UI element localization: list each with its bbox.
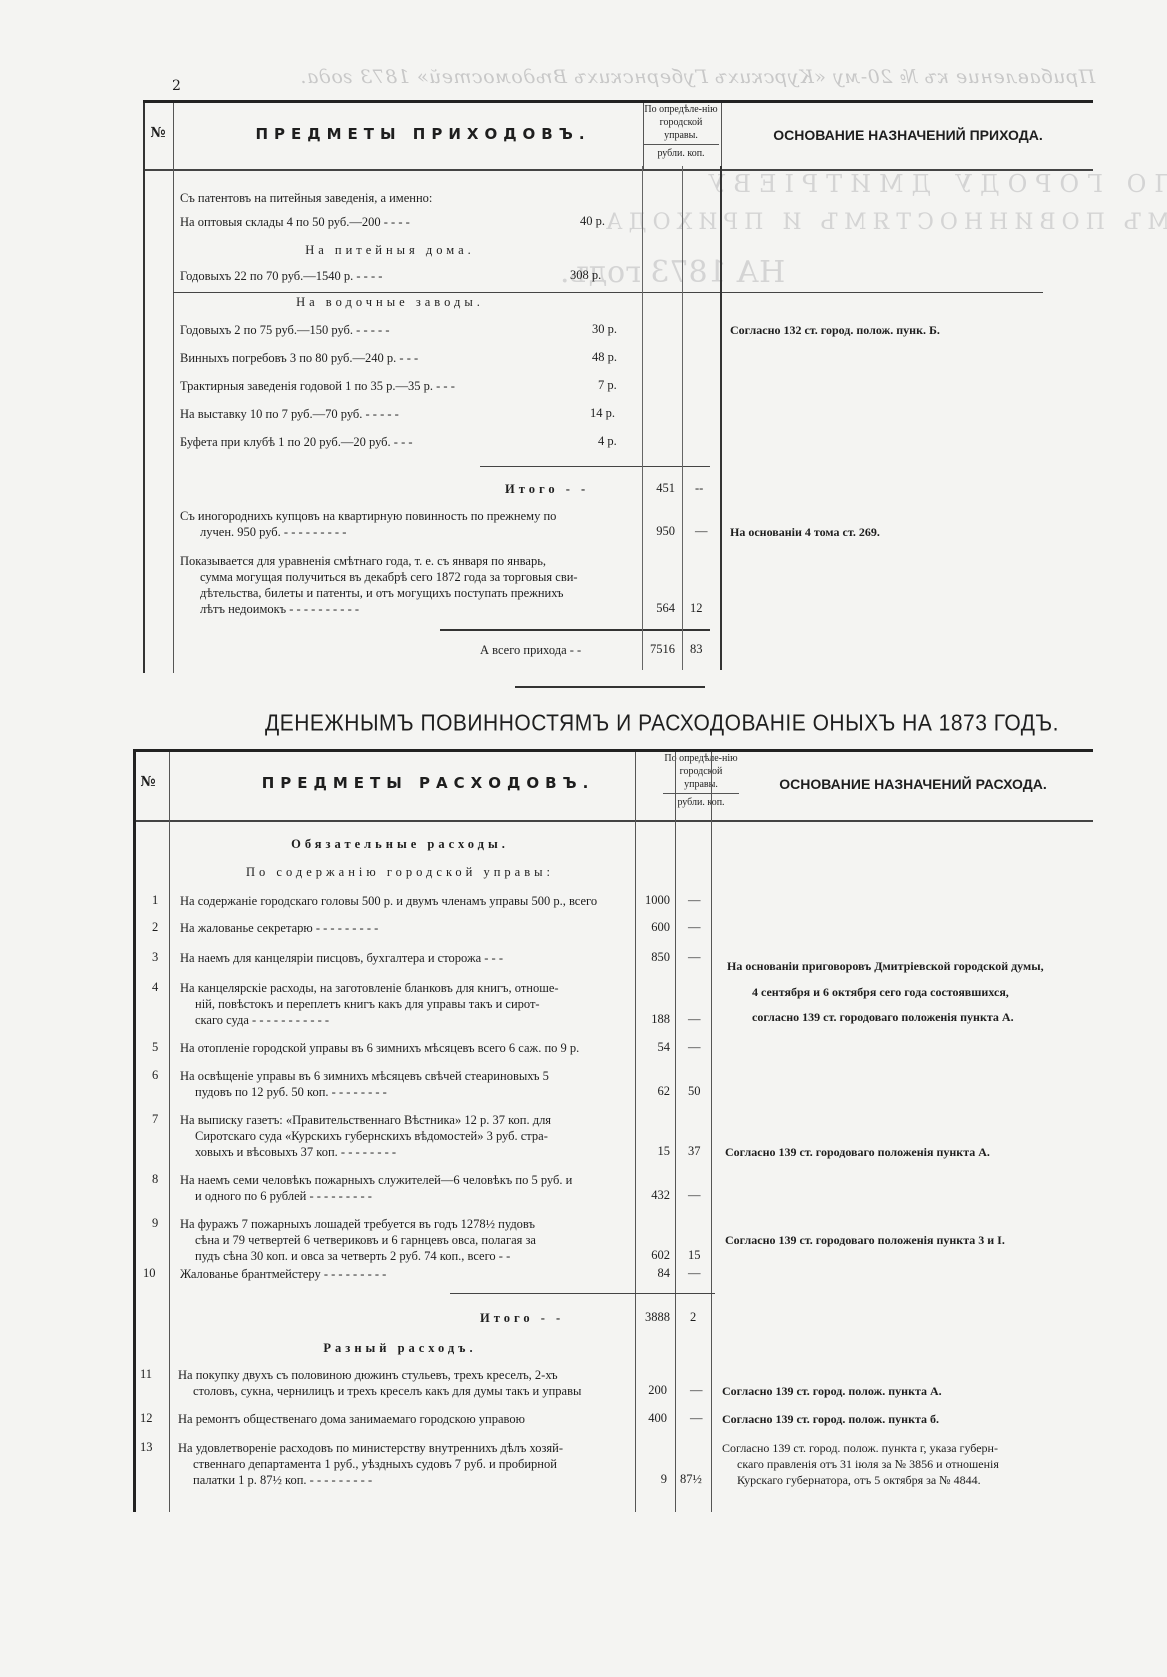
running-head: Прибавление къ № 20-му «Курскихъ Губернс… bbox=[300, 66, 1095, 88]
item-kop: — bbox=[688, 1040, 701, 1055]
item-text: палатки 1 р. 87½ коп. - - - - - - - - - bbox=[193, 1472, 372, 1489]
item-kop: 37 bbox=[688, 1144, 701, 1159]
item-text: На содержаніе городскаго головы 500 р. и… bbox=[180, 893, 597, 910]
item-text: ховыхъ и вѣсовыхъ 37 коп. - - - - - - - … bbox=[195, 1144, 396, 1161]
item-number: 4 bbox=[152, 980, 158, 995]
item-kop: — bbox=[688, 1266, 701, 1281]
basis-item-7: Согласно 139 ст. городоваго положенія пу… bbox=[725, 1144, 990, 1161]
item-kop: — bbox=[688, 1188, 701, 1203]
income-intro: Съ патентовъ на питейныя заведенія, а им… bbox=[180, 190, 432, 207]
balance-kop: 12 bbox=[690, 601, 703, 616]
column-divider bbox=[711, 752, 712, 1512]
item-text: и одного по 6 рублей - - - - - - - - - bbox=[195, 1188, 372, 1205]
item-text: сѣна и 79 четвертей 6 четвериковъ и 6 га… bbox=[195, 1232, 536, 1249]
item-text: На выписку газетъ: «Правительственнаго В… bbox=[180, 1112, 551, 1129]
page-number: 2 bbox=[172, 78, 181, 94]
table-border bbox=[133, 752, 136, 1512]
col-title-header: ПРЕДМЕТЫ ПРИХОДОВЪ. bbox=[173, 125, 673, 143]
item-rub: 600 bbox=[630, 920, 670, 935]
income-line-value: 7 р. bbox=[598, 378, 617, 393]
item-rub: 200 bbox=[625, 1383, 667, 1398]
kop-column-line bbox=[682, 166, 683, 670]
item-kop: — bbox=[688, 1012, 701, 1027]
basis-duma-line-2: 4 сентября и 6 октября сего года состояв… bbox=[752, 984, 1009, 1001]
rub-label: рубли. bbox=[677, 797, 704, 808]
basis-duma-line-1: На основаніи приговоровъ Дмитріевской го… bbox=[727, 958, 1044, 975]
kop-label: коп. bbox=[707, 797, 724, 808]
balance-line-1: Показывается для уравненія смѣтнаго года… bbox=[180, 553, 546, 570]
item-text: пудовъ по 12 руб. 50 коп. - - - - - - - … bbox=[195, 1084, 387, 1101]
item-number: 7 bbox=[152, 1112, 158, 1127]
item-kop: — bbox=[688, 893, 701, 908]
col-basis-header: ОСНОВАНИЕ НАЗНАЧЕНИЙ РАСХОДА. bbox=[733, 776, 1093, 792]
title-rule bbox=[515, 686, 705, 688]
item-kop: — bbox=[688, 920, 701, 935]
item-text: скаго суда - - - - - - - - - - - bbox=[195, 1012, 329, 1029]
item-text: На наемъ для канцеляріи писцовъ, бухгалт… bbox=[180, 950, 503, 967]
item-rub: 400 bbox=[625, 1411, 667, 1426]
divider bbox=[173, 292, 1043, 293]
heading-mandatory: Обязательные расходы. bbox=[170, 836, 630, 853]
kop-label: коп. bbox=[687, 148, 704, 159]
income-line: На выставку 10 по 7 руб.—70 руб. - - - -… bbox=[180, 406, 399, 423]
item-number: 1 bbox=[152, 893, 158, 908]
basis-item-13-line-2: скаго правленія отъ 31 іюля за № 3856 и … bbox=[737, 1456, 999, 1473]
income-subtotal-label: Итого - - bbox=[505, 481, 589, 498]
subtotal-rule bbox=[450, 1293, 715, 1294]
subtotal-rule bbox=[480, 466, 710, 467]
income-line: Винныхъ погребовъ 3 по 80 руб.—240 р. - … bbox=[180, 350, 418, 367]
item-kop: 15 bbox=[688, 1248, 701, 1263]
column-divider bbox=[675, 752, 676, 1512]
item-text: На удовлетвореніе расходовъ по министерс… bbox=[178, 1440, 563, 1457]
item-rub: 850 bbox=[630, 950, 670, 965]
item-rub: 9 bbox=[625, 1472, 667, 1487]
rub-label: рубли. bbox=[657, 148, 684, 159]
item-kop: 87½ bbox=[680, 1472, 702, 1487]
item-rub: 62 bbox=[630, 1084, 670, 1099]
amount-header-label: По опредѣле-нію городской управы. bbox=[643, 103, 719, 142]
item-kop: — bbox=[688, 950, 701, 965]
item-rub: 84 bbox=[630, 1266, 670, 1281]
basis-item-13-line-1: Согласно 139 ст. город. полож. пункта г,… bbox=[722, 1440, 998, 1457]
expense-table-header: № ПРЕДМЕТЫ РАСХОДОВЪ. По опредѣле-нію го… bbox=[133, 752, 1093, 822]
basis-duma-line-3: согласно 139 ст. городоваго положенія пу… bbox=[752, 1009, 1014, 1026]
expense-subtotal-rub: 3888 bbox=[630, 1310, 670, 1325]
income-total-label: А всего прихода - - bbox=[480, 642, 581, 659]
rub-column-line bbox=[642, 166, 643, 670]
income-subtotal-rub: 451 bbox=[630, 481, 675, 496]
item-kop: 50 bbox=[688, 1084, 701, 1099]
income-line: На оптовыя склады 4 по 50 руб.—200 - - -… bbox=[180, 214, 410, 231]
column-divider bbox=[643, 103, 644, 169]
item-kop: — bbox=[690, 1383, 703, 1398]
item-text: На канцелярскіе расходы, на заготовленіе… bbox=[180, 980, 559, 997]
item-text: ній, повѣстокъ и переплетъ книгъ какъ дл… bbox=[195, 996, 540, 1013]
column-divider bbox=[635, 752, 636, 1512]
item-text: На освѣщеніе управы въ 6 зимнихъ мѣсяцев… bbox=[180, 1068, 549, 1085]
item-rub: 1000 bbox=[630, 893, 670, 908]
section-title: ДЕНЕЖНЫМЪ ПОВИННОСТЯМЪ И РАСХОДОВАНІЕ ОН… bbox=[265, 711, 1059, 737]
income-total-rub: 7516 bbox=[630, 642, 675, 657]
basis-item-9: Согласно 139 ст. городоваго положенія пу… bbox=[725, 1232, 1005, 1249]
item-rub: 54 bbox=[630, 1040, 670, 1055]
basis-item-12: Согласно 139 ст. город. полож. пункта б. bbox=[722, 1411, 939, 1428]
item-text: На ремонтъ общественаго дома занимаемаго… bbox=[178, 1411, 525, 1428]
item-number: 2 bbox=[152, 920, 158, 935]
merchants-line-1: Съ иногороднихъ купцовъ на квартирную по… bbox=[180, 508, 556, 525]
col-num-header: № bbox=[143, 125, 173, 141]
item-text: На наемъ семи человѣкъ пожарныхъ служите… bbox=[180, 1172, 572, 1189]
heading-upkeep: По содержанію городской управы: bbox=[170, 864, 630, 881]
income-subheading: На водочные заводы. bbox=[180, 294, 600, 311]
income-line-value: 4 р. bbox=[598, 434, 617, 449]
item-number: 9 bbox=[152, 1216, 158, 1231]
amount-subheader: рубли. коп. bbox=[643, 144, 719, 160]
item-number: 12 bbox=[140, 1411, 153, 1426]
item-rub: 15 bbox=[630, 1144, 670, 1159]
income-line-value: 30 р. bbox=[592, 322, 617, 337]
item-rub: 602 bbox=[630, 1248, 670, 1263]
basis-item-13-line-3: Курскаго губернатора, отъ 5 октября за №… bbox=[737, 1472, 981, 1489]
balance-line-4: лѣтъ недоимокъ - - - - - - - - - - bbox=[200, 601, 359, 618]
merchants-line-2: лучен. 950 руб. - - - - - - - - - bbox=[200, 524, 346, 541]
col-basis-header: ОСНОВАНИЕ НАЗНАЧЕНИЙ ПРИХОДА. bbox=[723, 127, 1093, 143]
item-text: На фуражъ 7 пожарныхъ лошадей требуется … bbox=[180, 1216, 535, 1233]
item-text: На отопленіе городской управы въ 6 зимни… bbox=[180, 1040, 579, 1057]
income-line: Годовыхъ 22 по 70 руб.—1540 р. - - - - bbox=[180, 268, 382, 285]
item-rub: 188 bbox=[630, 1012, 670, 1027]
income-line-value: 14 р. bbox=[590, 406, 615, 421]
item-kop: — bbox=[690, 1411, 703, 1426]
item-text: столовъ, сукна, чернилицъ и трехъ кресел… bbox=[193, 1383, 581, 1400]
expense-subtotal-kop: 2 bbox=[690, 1310, 696, 1325]
income-subheading: На питейныя дома. bbox=[180, 242, 600, 259]
basis-column-line bbox=[720, 166, 722, 670]
item-number: 5 bbox=[152, 1040, 158, 1055]
item-text: На покупку двухъ съ половиною дюжинъ сту… bbox=[178, 1367, 558, 1384]
item-number: 8 bbox=[152, 1172, 158, 1187]
basis-item-11: Согласно 139 ст. город. полож. пункта А. bbox=[722, 1383, 942, 1400]
column-divider bbox=[721, 103, 722, 169]
item-number: 11 bbox=[140, 1367, 152, 1382]
item-text: Сиротскаго суда «Курскихъ губернскихъ вѣ… bbox=[195, 1128, 548, 1145]
column-divider bbox=[173, 103, 174, 673]
item-text: ственнаго департамента 1 руб., уѣздныхъ … bbox=[193, 1456, 557, 1473]
income-line: Трактирныя заведенія годовой 1 по 35 р.—… bbox=[180, 378, 455, 395]
total-rule bbox=[440, 629, 710, 631]
item-number: 10 bbox=[143, 1266, 156, 1281]
income-total-kop: 83 bbox=[690, 642, 703, 657]
balance-rub: 564 bbox=[630, 601, 675, 616]
item-number: 13 bbox=[140, 1440, 153, 1455]
merchants-kop: — bbox=[695, 524, 708, 539]
basis-liquor: Согласно 132 ст. город. полож. пунк. Б. bbox=[730, 322, 940, 339]
income-line: Годовыхъ 2 по 75 руб.—150 руб. - - - - - bbox=[180, 322, 389, 339]
col-num-header: № bbox=[133, 774, 163, 790]
item-rub: 432 bbox=[630, 1188, 670, 1203]
income-line: Буфета при клубѣ 1 по 20 руб.—20 руб. - … bbox=[180, 434, 413, 451]
balance-line-2: сумма могущая получиться въ декабрѣ сего… bbox=[200, 569, 578, 586]
item-text: Жалованье брантмейстеру - - - - - - - - … bbox=[180, 1266, 386, 1283]
income-line-value: 308 р. bbox=[570, 268, 601, 283]
col-amount-header: По опредѣле-нію городской управы. рубли.… bbox=[643, 103, 719, 160]
income-line-value: 48 р. bbox=[592, 350, 617, 365]
heading-misc: Разный расходъ. bbox=[170, 1340, 630, 1357]
balance-line-3: дѣтельства, билеты и патенты, и отъ могу… bbox=[200, 585, 563, 602]
income-subtotal-kop: -- bbox=[695, 481, 703, 496]
item-number: 6 bbox=[152, 1068, 158, 1083]
item-text: На жалованье секретарю - - - - - - - - - bbox=[180, 920, 378, 937]
income-line-value: 40 р. bbox=[580, 214, 605, 229]
basis-merchants: На основаніи 4 тома ст. 269. bbox=[730, 524, 880, 541]
item-number: 3 bbox=[152, 950, 158, 965]
income-table-header: № ПРЕДМЕТЫ ПРИХОДОВЪ. По опредѣле-нію го… bbox=[143, 103, 1093, 171]
merchants-rub: 950 bbox=[630, 524, 675, 539]
table-border bbox=[143, 103, 145, 673]
col-title-header: ПРЕДМЕТЫ РАСХОДОВЪ. bbox=[163, 774, 693, 792]
expense-subtotal-label: Итого - - bbox=[480, 1310, 564, 1327]
item-text: пудъ сѣна 30 коп. и овса за четверть 2 р… bbox=[195, 1248, 510, 1265]
